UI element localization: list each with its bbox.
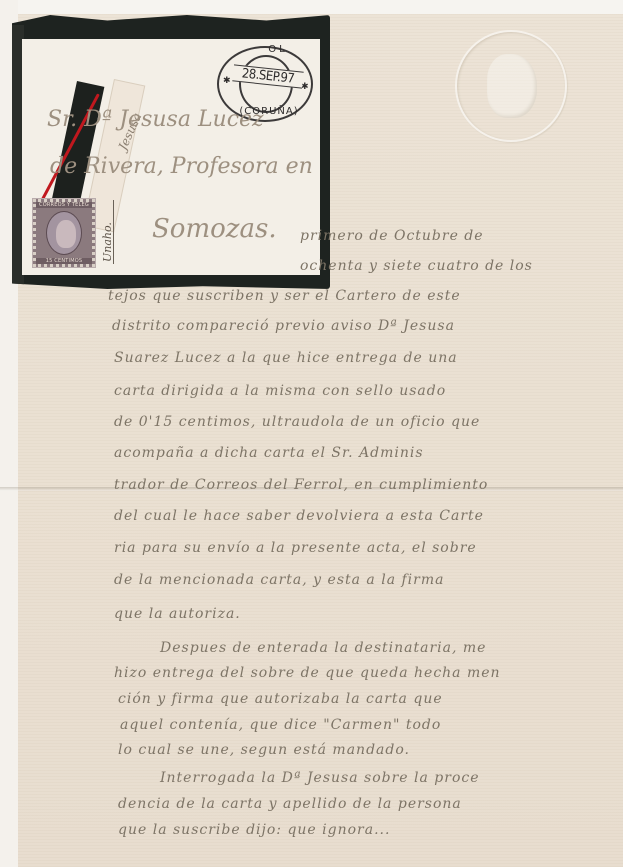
address-line-2: de Rivera, Profesora en — [50, 154, 313, 179]
letter-line: que la autoriza. — [114, 606, 241, 622]
paper-top-edge — [0, 0, 623, 14]
postage-stamp: CORREOS Y TELEG 15 CENTIMOS — [33, 199, 95, 267]
letter-line: Suarez Lucez a la que hice entrega de un… — [114, 350, 458, 366]
letter-line: Despues de enterada la destinataria, me — [160, 640, 486, 656]
stamp-value-text: 15 CENTIMOS — [36, 258, 92, 264]
letter-line: de 0'15 centimos, ultraudola de un ofici… — [114, 414, 480, 430]
seal-portrait — [487, 54, 537, 118]
letter-line: del cual le hace saber devolviera a esta… — [114, 508, 484, 524]
letter-line: trador de Correos del Ferrol, en cumplim… — [114, 477, 488, 493]
address-line-3: Somozas. — [152, 214, 277, 244]
embossed-seal-icon — [455, 30, 567, 142]
postmark-top-text: OL — [253, 44, 303, 55]
stamp-oval-frame — [46, 211, 82, 255]
letter-line: lo cual se une, segun está mandado. — [118, 742, 410, 758]
side-note: Unaho. — [101, 222, 114, 262]
letter-line: hizo entrega del sobre de que queda hech… — [114, 665, 501, 681]
letter-line: tejos que suscriben y ser el Cartero de … — [108, 288, 461, 304]
letter-line: primero de Octubre de — [300, 228, 484, 244]
address-line-1: Sr. Dª Jesusa Lucez — [47, 107, 264, 132]
letter-line: que la suscribe dijo: que ignora... — [118, 822, 390, 838]
star-icon: ✱ — [223, 76, 231, 86]
stamp-top-text: CORREOS Y TELEG — [36, 202, 92, 208]
letter-line: acompaña a dicha carta el Sr. Adminis — [114, 445, 424, 461]
letter-line: distrito compareció previo aviso Dª Jesu… — [112, 318, 455, 334]
letter-line: dencia de la carta y apellido de la pers… — [118, 796, 462, 812]
letter-line: Interrogada la Dª Jesusa sobre la proce — [160, 770, 480, 786]
stamp-portrait-icon — [56, 220, 76, 248]
letter-line: ochenta y siete cuatro de los — [300, 258, 533, 274]
letter-line: aquel contenía, que dice "Carmen" todo — [120, 717, 441, 733]
letter-line: ción y firma que autorizaba la carta que — [118, 691, 443, 707]
letter-line: de la mencionada carta, y esta a la firm… — [114, 572, 444, 588]
letter-line: ria para su envío a la presente acta, el… — [114, 540, 477, 556]
letter-line: carta dirigida a la misma con sello usad… — [114, 383, 446, 399]
